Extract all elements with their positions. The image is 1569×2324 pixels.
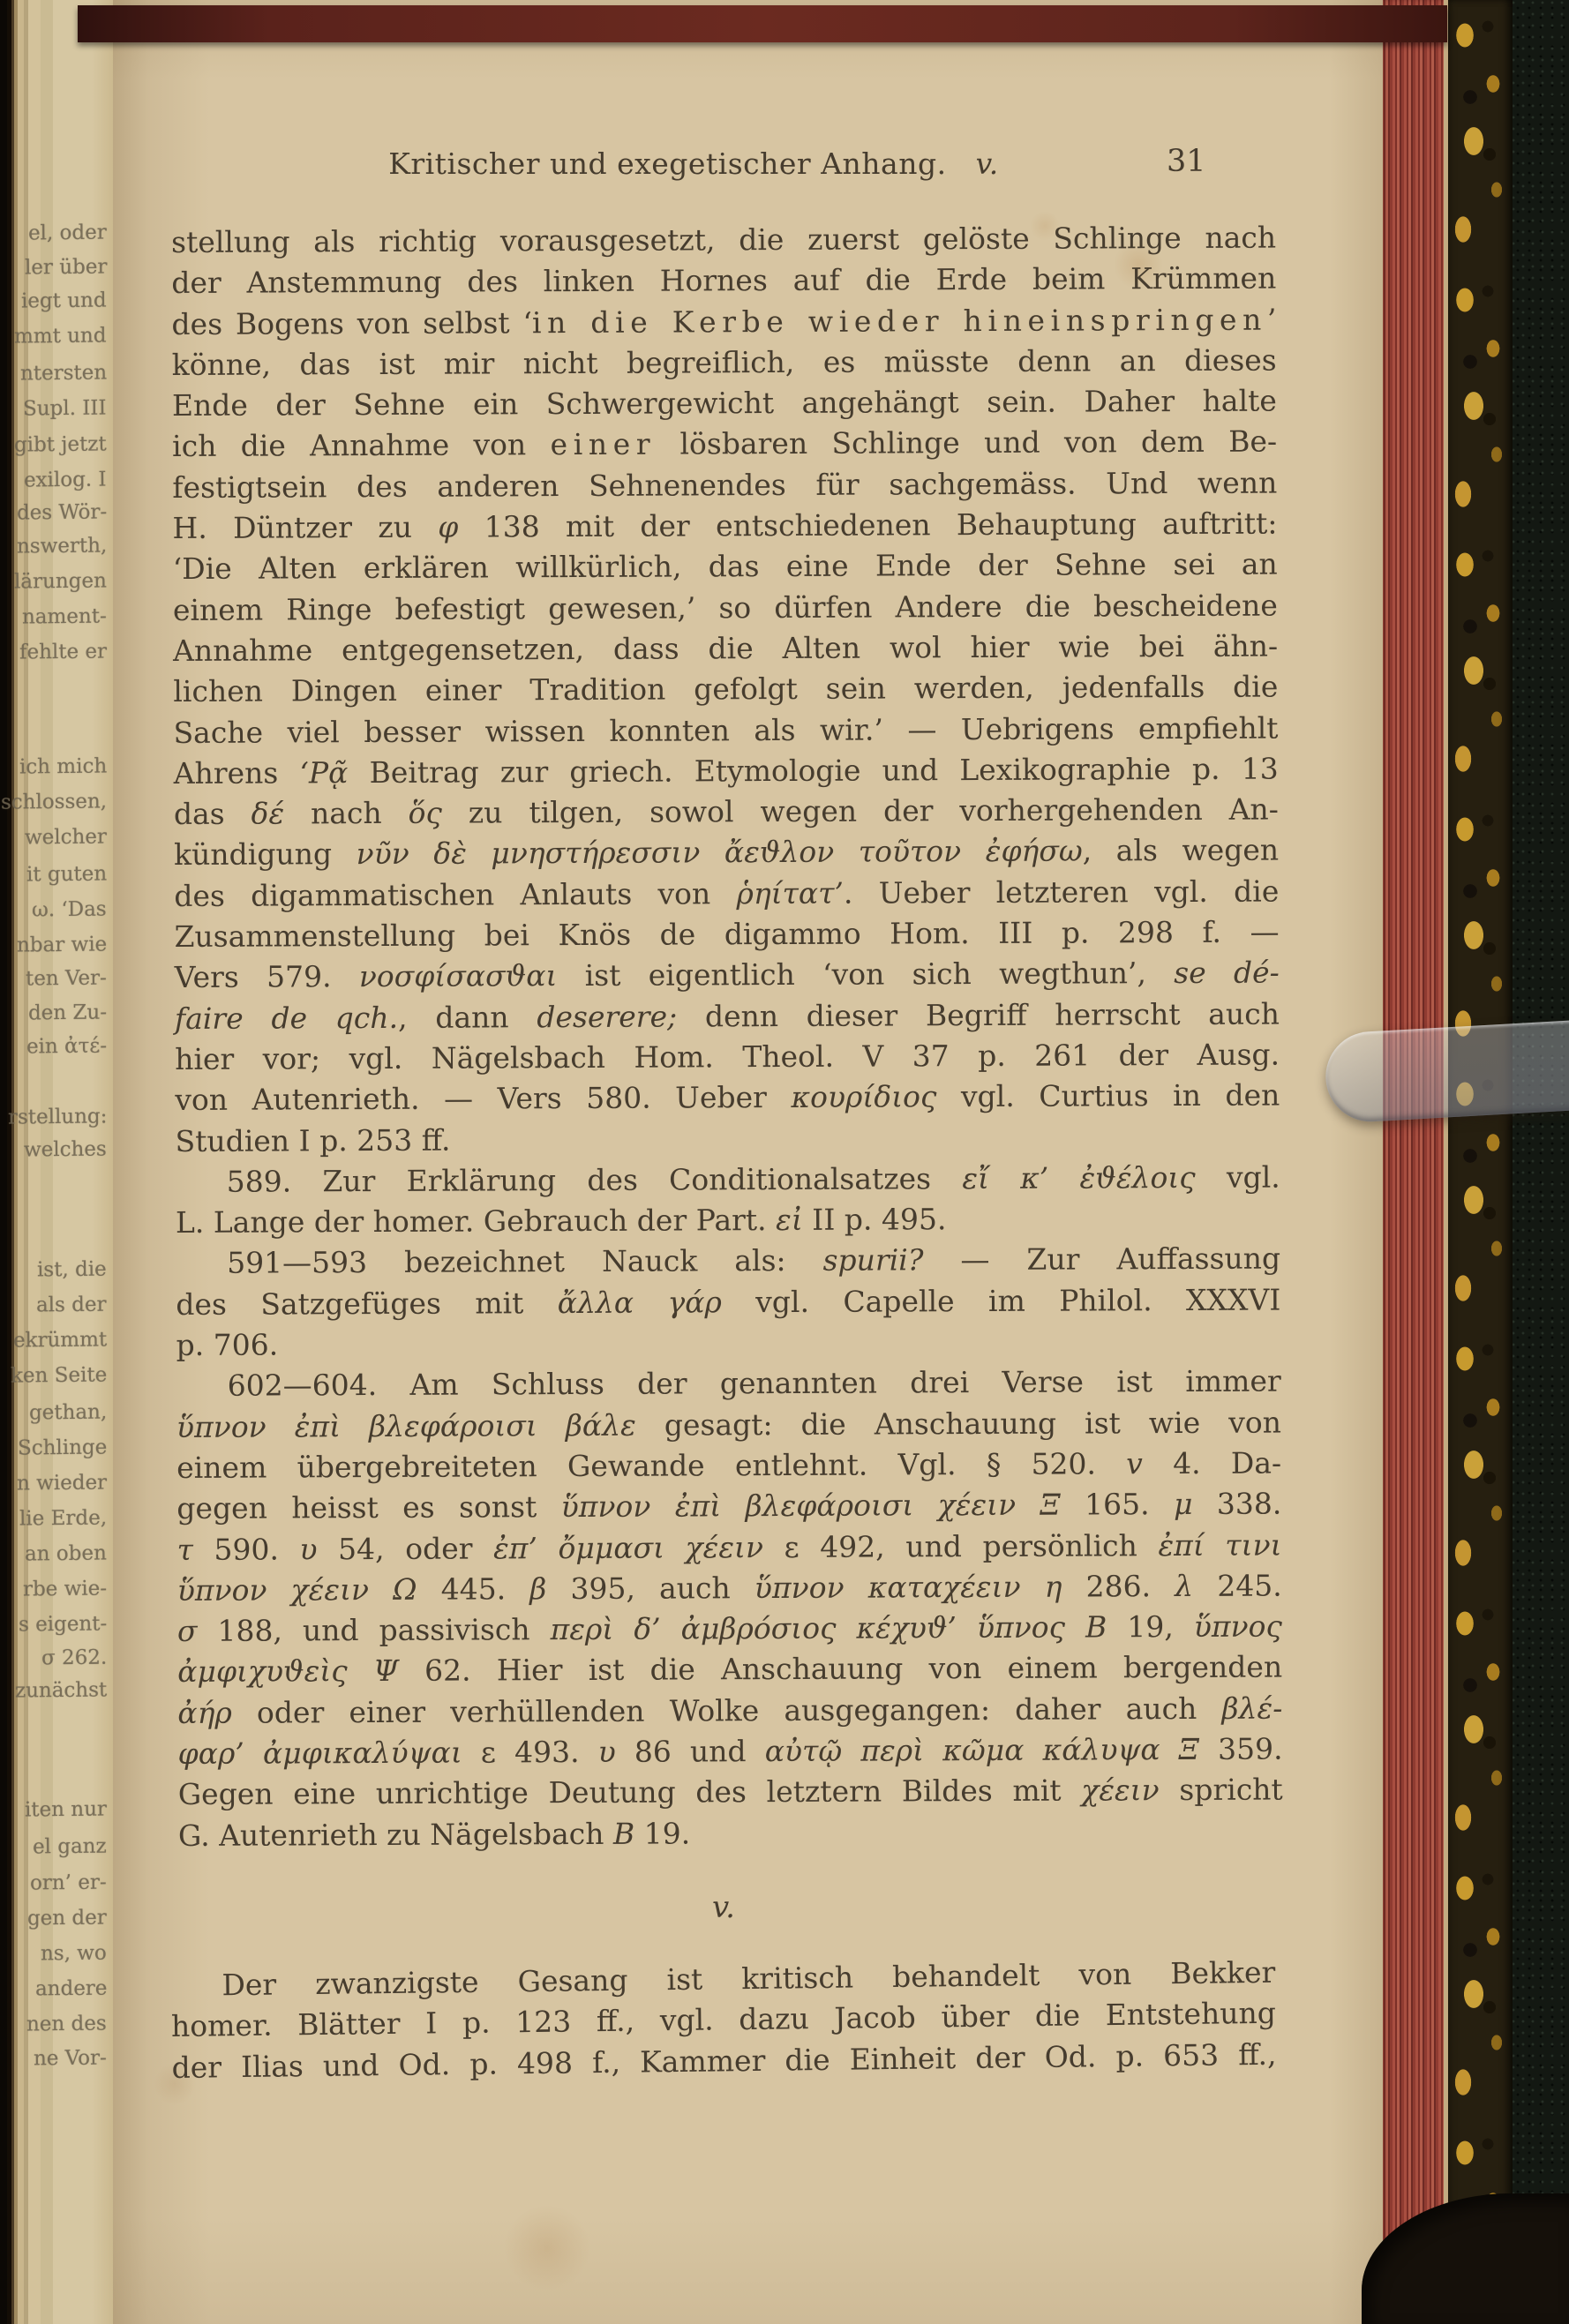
text-segment: einer	[550, 427, 656, 462]
top-stained-edge	[78, 5, 1447, 42]
text-segment: περὶ δ’ ἀμβρόσιος κέχυϑ’ ὕπνος Β	[551, 1609, 1107, 1646]
text-segment: se dé-	[1174, 956, 1280, 991]
red-fore-edge	[1378, 0, 1448, 2324]
text-line: lichen Dingen einer Tradition gefolgt se…	[173, 667, 1278, 713]
margin-text-fragment: ne Vor-	[34, 2047, 107, 2071]
margin-text-fragment: als der	[36, 1293, 107, 1317]
text-segment: ὕπνον ἐπὶ βλεφάροισι χέειν Ξ	[561, 1488, 1061, 1524]
text-line: Gegen eine unrichtige Deutung des letzte…	[178, 1770, 1283, 1816]
text-line: des Bogens von selbst ‘in die Kerbe wied…	[171, 299, 1276, 345]
facing-page-edge: el, oderler überiegt undmmt undnterstenS…	[7, 0, 113, 2324]
margin-text-fragment: den Zu-	[28, 1001, 107, 1025]
margin-text-fragment: an oben	[25, 1542, 107, 1566]
page-number: 31	[1167, 144, 1206, 179]
margin-text-fragment: ekrümmt	[13, 1328, 107, 1352]
text-segment: ἐπ’ ὄμμασι χέειν	[493, 1530, 763, 1565]
text-segment: υ	[299, 1532, 317, 1566]
book-cover-cloth	[1511, 0, 1569, 2324]
text-line: σ 188, und passivisch περὶ δ’ ἀμβρόσιος …	[177, 1607, 1282, 1653]
margin-text-fragment: lärungen	[14, 569, 107, 593]
margin-text-fragment: nament-	[22, 604, 107, 628]
text-line: ὕπνον ἐπὶ βλεφάροισι βάλε gesagt: die An…	[176, 1402, 1281, 1448]
margin-text-fragment: welches	[24, 1138, 107, 1162]
text-line: stellung als richtig vorausgesetzt, die …	[171, 218, 1276, 264]
text-segment: τ	[176, 1532, 192, 1566]
running-header-title: Kritischer und exegetischer Anhang.	[388, 146, 946, 181]
text-segment: spurii?	[822, 1243, 923, 1278]
text-segment: φ	[438, 510, 458, 544]
margin-text-fragment: orn’ er-	[30, 1871, 107, 1895]
text-segment: κουρίδιος	[791, 1079, 936, 1114]
text-segment: v	[1126, 1446, 1143, 1481]
text-line: einem Ringe befestigt gewesen,’ so dürfe…	[173, 585, 1278, 631]
text-line: faire de qch., dann deserere; denn diese…	[175, 993, 1280, 1039]
main-text-block: stellung als richtig vorausgesetzt, die …	[171, 218, 1283, 1856]
text-line: 589. Zur Erklärung des Conditionalsatzes…	[176, 1157, 1280, 1203]
text-line: ‘Die Alten erklären willkürlich, das ein…	[173, 544, 1278, 590]
text-segment: ἐπί τινι	[1158, 1527, 1281, 1563]
text-line: der Anstemmung des linken Hornes auf die…	[171, 259, 1276, 304]
margin-text-fragment: ten Ver-	[26, 967, 107, 991]
text-segment: βλέ-	[1221, 1691, 1282, 1725]
text-line: des Satzgefüges mit ἄλλα γάρ vgl. Capell…	[176, 1279, 1280, 1325]
margin-text-fragment: gethan,	[29, 1401, 108, 1425]
margin-text-fragment: n wieder	[17, 1471, 107, 1495]
margin-text-fragment: welcher	[25, 826, 107, 850]
text-line: könne, das ist mir nicht begreiflich, es…	[172, 340, 1277, 386]
margin-text-fragment: Schlinge	[18, 1436, 108, 1459]
margin-text-fragment: schlossen,	[1, 790, 107, 813]
text-segment: λ	[1175, 1569, 1193, 1603]
margin-text-fragment: iegt und	[21, 289, 107, 312]
running-header-chapter: v.	[976, 146, 999, 181]
margin-text-fragment: gen der	[27, 1907, 107, 1930]
margin-text-fragment: Supl. III	[23, 397, 107, 421]
text-line: Ende der Sehne ein Schwergewicht angehän…	[172, 381, 1277, 427]
margin-text-fragment: iten nur	[25, 1798, 107, 1822]
text-line: φαρ’ ἀμφικαλύψαι ε 493. υ 86 und αὐτῷ πε…	[177, 1729, 1282, 1775]
text-line: ἀήρ oder einer verhüllenden Wolke ausgeg…	[177, 1688, 1282, 1734]
page-holder-tab	[1324, 1020, 1569, 1124]
text-segment: χέειν	[1081, 1773, 1160, 1807]
text-line: gegen heisst es sonst ὕπνον ἐπὶ βλεφάροι…	[176, 1484, 1281, 1530]
margin-text-fragment: exilog. I	[24, 469, 107, 492]
margin-text-fragment: rbe wie-	[23, 1578, 107, 1601]
margin-text-fragment: σ 262.	[41, 1646, 108, 1670]
margin-text-fragment: ns, wo	[41, 1942, 107, 1966]
margin-text-fragment: ein ἀτέ-	[26, 1035, 107, 1059]
text-line: L. Lange der homer. Gebrauch der Part. ε…	[176, 1198, 1280, 1244]
margin-text-fragment: nen des	[26, 2013, 107, 2036]
text-line: Annahme entgegensetzen, dass die Alten w…	[173, 626, 1278, 672]
margin-text-fragment: ω. ‘Das	[32, 898, 107, 922]
margin-text-fragment: lie Erde,	[19, 1506, 107, 1530]
text-line: einem übergebreiteten Gewande entlehnt. …	[176, 1443, 1281, 1488]
marbled-board-edge	[1444, 0, 1513, 2324]
text-segment: εἰ	[776, 1203, 803, 1237]
text-segment: ἀήρ	[177, 1695, 232, 1729]
text-line: Ahrens ‘Ρᾷ Beitrag zur griech. Etymologi…	[174, 748, 1279, 794]
bottom-paragraph: Der zwanzigste Gesang ist kritisch behan…	[170, 1953, 1277, 2088]
margin-text-fragment: el ganz	[33, 1835, 107, 1859]
running-header: Kritischer und exegetischer Anhang. v.	[141, 146, 1246, 181]
margin-text-fragment: ler über	[24, 256, 107, 280]
margin-text-fragment: ich mich	[19, 754, 108, 778]
text-segment: ὕπνος	[1194, 1609, 1282, 1644]
margin-text-fragment: el, oder	[28, 221, 107, 245]
margin-text-fragment: fehlte er	[19, 640, 107, 663]
text-segment: Β	[613, 1816, 634, 1850]
text-line: hier vor; vgl. Nägelsbach Hom. Theol. V …	[175, 1034, 1280, 1080]
text-line: des digammatischen Anlauts von ῥηίτατ’. …	[174, 871, 1279, 917]
margin-text-fragment: ken Seite	[11, 1363, 108, 1387]
text-line: ἀμφιχυϑεὶς Ψ 62. Hier ist die Anschauung…	[177, 1647, 1282, 1693]
text-segment: νῦν δὲ μνηστήρεσσιν ἄεϑλον τοῦτον ἐφήσω	[356, 834, 1082, 872]
text-segment: ὕπνον ἐπὶ βλεφάροισι βάλε	[176, 1407, 636, 1443]
text-segment: υ	[598, 1735, 616, 1769]
margin-text-fragment: gibt jetzt	[14, 432, 107, 456]
text-segment: β	[529, 1571, 546, 1606]
text-line: von Autenrieth. — Vers 580. Ueber κουρίδ…	[175, 1076, 1280, 1121]
text-line: das δέ nach ὅς zu tilgen, sowol wegen de…	[174, 790, 1279, 836]
text-segment: εἴ κ’ ἐϑέλοις	[962, 1160, 1196, 1196]
text-segment: αὐτῷ περὶ κῶμα κάλυψα Ξ	[765, 1732, 1199, 1768]
text-line: τ 590. υ 54, oder ἐπ’ ὄμμασι χέειν ε 492…	[176, 1525, 1281, 1571]
margin-text-fragment: ntersten	[20, 361, 107, 385]
text-segment: ὕπνον καταχέειν η	[754, 1569, 1062, 1605]
text-line: Vers 579. νοσφίσασϑαι ist eigentlich ‘vo…	[175, 953, 1280, 999]
text-line: Sache viel besser wissen konnten als wir…	[173, 708, 1278, 753]
margin-text-fragment: nbar wie	[17, 933, 107, 956]
text-segment: deserere;	[537, 999, 677, 1034]
text-line: Studien I p. 253 ff.	[175, 1116, 1280, 1162]
text-segment: ἀμφιχυϑεὶς Ψ	[177, 1653, 399, 1689]
margin-text-fragment: nswerth,	[17, 534, 108, 558]
text-segment: μ	[1174, 1487, 1193, 1521]
text-segment: in die Kerbe wieder hineinspringen	[532, 302, 1267, 340]
text-line: G. Autenrieth zu Nägelsbach Β 19.	[178, 1810, 1283, 1856]
text-line: ὕπνον χέειν Ω 445. β 395, auch ὕπνον κατ…	[177, 1565, 1282, 1611]
margin-text-fragment: s eigent-	[19, 1612, 108, 1636]
margin-text-fragment: des Wör-	[17, 500, 107, 524]
margin-text-fragment: it guten	[26, 863, 107, 887]
text-line: ich die Annahme von einer lösbaren Schli…	[172, 422, 1277, 468]
text-segment: faire de qch.	[175, 1001, 398, 1036]
section-mark: v.	[171, 1890, 1276, 1925]
margin-text-fragment: ist, die	[37, 1258, 107, 1282]
text-line: 591—593 bezeichnet Nauck als: spurii? — …	[176, 1239, 1280, 1285]
text-line: kündigung νῦν δὲ μνηστήρεσσιν ἄεϑλον τοῦ…	[174, 830, 1279, 876]
text-line: festigtsein des anderen Sehnenendes für …	[172, 462, 1277, 508]
book-scan: el, oderler überiegt undmmt undnterstenS…	[0, 0, 1569, 2324]
text-segment: ὕπνον χέειν Ω	[177, 1572, 417, 1608]
text-segment: ὅς	[409, 796, 443, 830]
text-segment: φαρ’ ἀμφικαλύψαι	[177, 1736, 462, 1771]
text-line: Zusammenstellung bei Knös de digammo Hom…	[174, 912, 1279, 958]
text-segment: ἄλλα γάρ	[558, 1285, 722, 1320]
text-segment: σ	[177, 1614, 198, 1648]
text-segment: νοσφίσασϑαι	[359, 958, 558, 993]
text-segment: ‘Ρᾷ	[299, 755, 348, 790]
text-line: p. 706.	[176, 1321, 1280, 1367]
text-segment: ῥηίτατ’	[736, 875, 844, 911]
margin-text-fragment: rstellung:	[7, 1105, 107, 1128]
text-segment: δέ	[251, 797, 284, 831]
margin-text-fragment: andere	[34, 1977, 107, 2001]
margin-text-fragment: zunächst	[15, 1678, 107, 1702]
margin-text-fragment: mmt und	[14, 324, 107, 348]
text-line: 602—604. Am Schluss der genannten drei V…	[176, 1361, 1281, 1407]
text-line: H. Düntzer zu φ 138 mit der entschiedene…	[172, 504, 1277, 550]
